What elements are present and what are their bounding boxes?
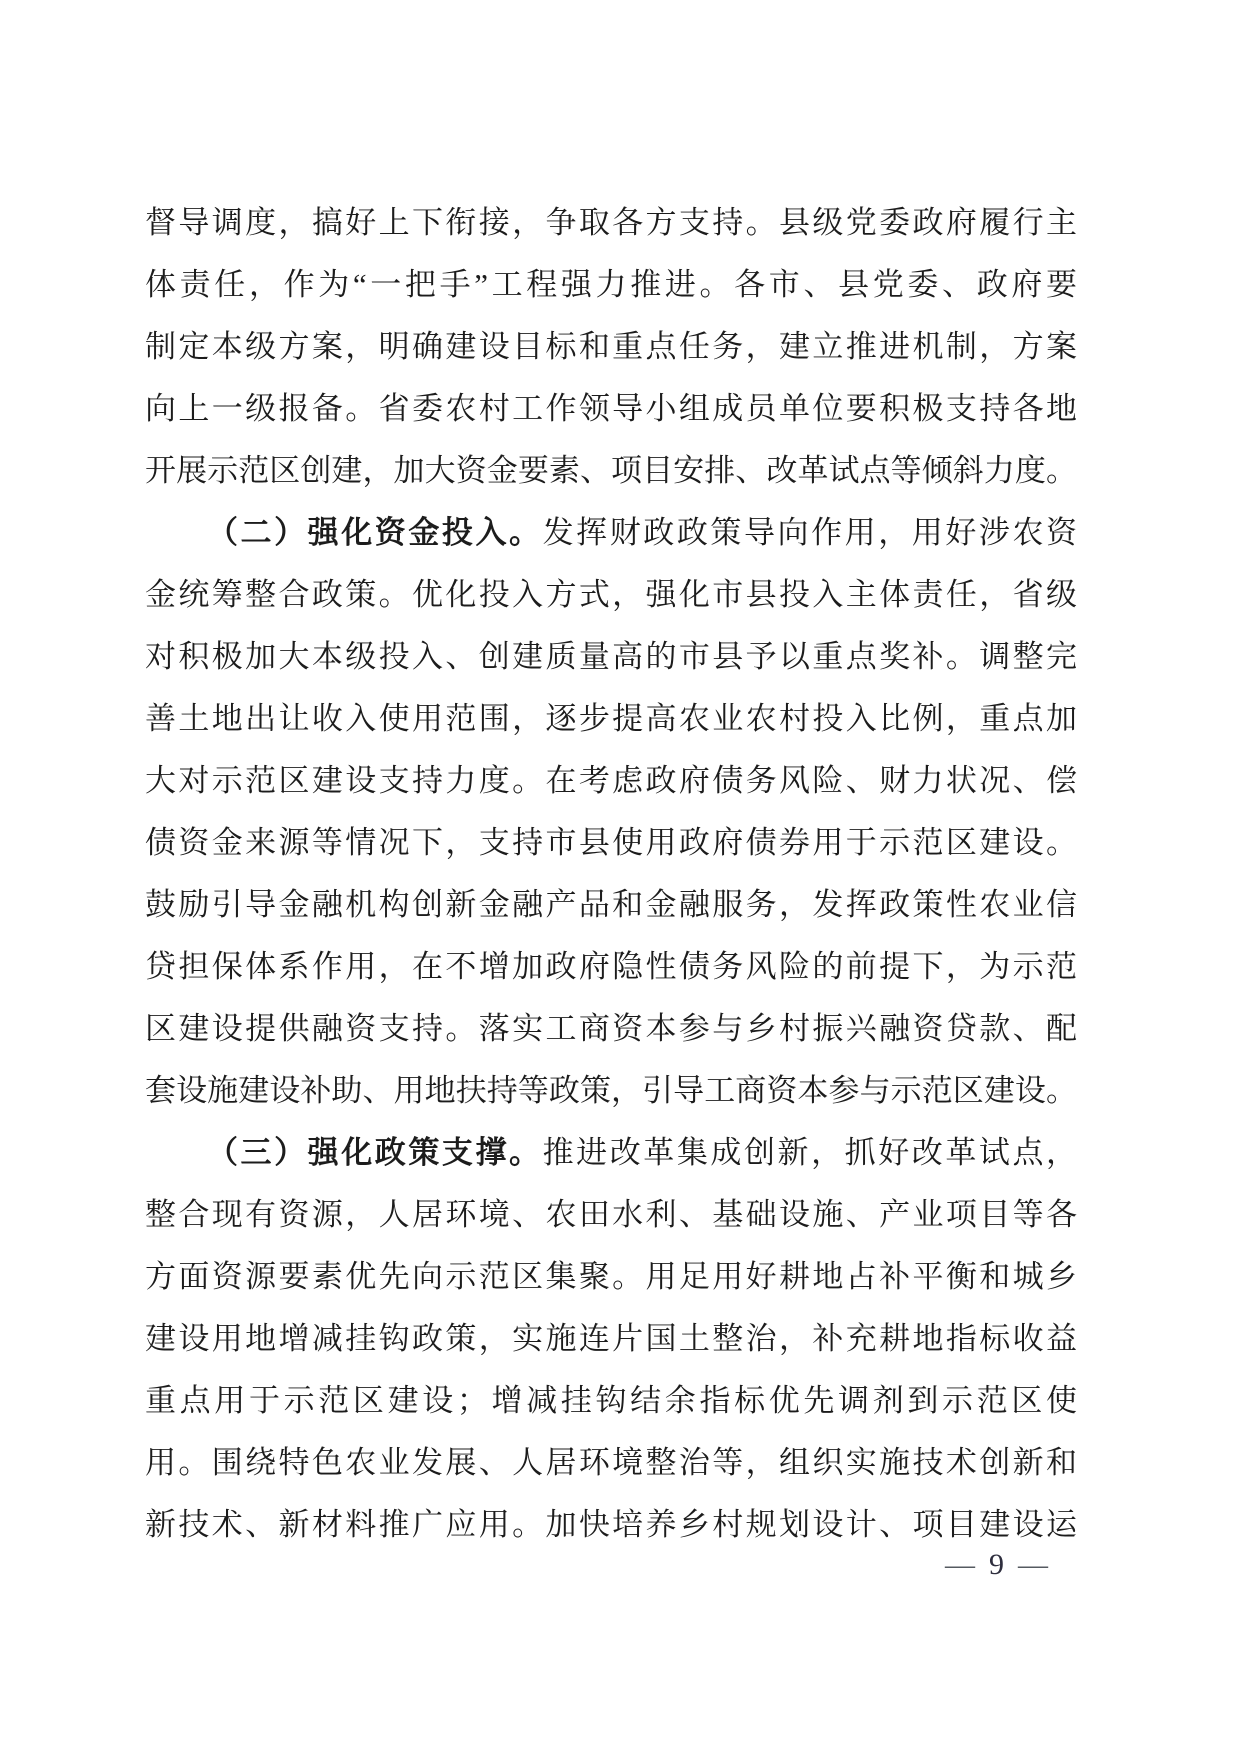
paragraph-heading: （三）强化政策支撑。 <box>207 1135 543 1170</box>
text-line: 贷担保体系作用，在不增加政府隐性债务风险的前提下，为示范 <box>145 936 1077 998</box>
text-line: 区建设提供融资支持。落实工商资本参与乡村振兴融资贷款、配 <box>145 998 1077 1060</box>
text-line: 鼓励引导金融机构创新金融产品和金融服务，发挥政策性农业信 <box>145 874 1077 936</box>
paragraph-heading: （二）强化资金投入。 <box>207 515 543 550</box>
footer-dash-right: — <box>1018 1548 1048 1581</box>
text-line: 用。围绕特色农业发展、人居环境整治等，组织实施技术创新和 <box>145 1432 1077 1494</box>
text-line: （二）强化资金投入。发挥财政政策导向作用，用好涉农资 <box>145 502 1077 564</box>
text-line: 整合现有资源，人居环境、农田水利、基础设施、产业项目等各 <box>145 1184 1077 1246</box>
text-line: 重点用于示范区建设；增减挂钩结余指标优先调剂到示范区使 <box>145 1370 1077 1432</box>
page-number: 9 <box>989 1548 1004 1581</box>
text-line: （三）强化政策支撑。推进改革集成创新，抓好改革试点， <box>145 1122 1077 1184</box>
footer-dash-left: — <box>945 1548 975 1581</box>
text-line: 对积极加大本级投入、创建质量高的市县予以重点奖补。调整完 <box>145 626 1077 688</box>
document-body: 督导调度，搞好上下衔接，争取各方支持。县级党委政府履行主体责任，作为“一把手”工… <box>145 192 1077 1556</box>
page-footer: —9— <box>931 1545 1062 1585</box>
text-line: 督导调度，搞好上下衔接，争取各方支持。县级党委政府履行主 <box>145 192 1077 254</box>
document-page: 督导调度，搞好上下衔接，争取各方支持。县级党委政府履行主体责任，作为“一把手”工… <box>0 0 1240 1754</box>
text-line: 体责任，作为“一把手”工程强力推进。各市、县党委、政府要 <box>145 254 1077 316</box>
text-line: 债资金来源等情况下，支持市县使用政府债券用于示范区建设。 <box>145 812 1077 874</box>
text-line: 制定本级方案，明确建设目标和重点任务，建立推进机制，方案 <box>145 316 1077 378</box>
text-line: 金统筹整合政策。优化投入方式，强化市县投入主体责任，省级 <box>145 564 1077 626</box>
text-line: 建设用地增减挂钩政策，实施连片国土整治，补充耕地指标收益 <box>145 1308 1077 1370</box>
text-line: 善土地出让收入使用范围，逐步提高农业农村投入比例，重点加 <box>145 688 1077 750</box>
text-line: 向上一级报备。省委农村工作领导小组成员单位要积极支持各地 <box>145 378 1077 440</box>
text-line: 套设施建设补助、用地扶持等政策，引导工商资本参与示范区建设。 <box>145 1060 1077 1122</box>
text-line: 大对示范区建设支持力度。在考虑政府债务风险、财力状况、偿 <box>145 750 1077 812</box>
text-line: 开展示范区创建，加大资金要素、项目安排、改革试点等倾斜力度。 <box>145 440 1077 502</box>
text-line: 方面资源要素优先向示范区集聚。用足用好耕地占补平衡和城乡 <box>145 1246 1077 1308</box>
